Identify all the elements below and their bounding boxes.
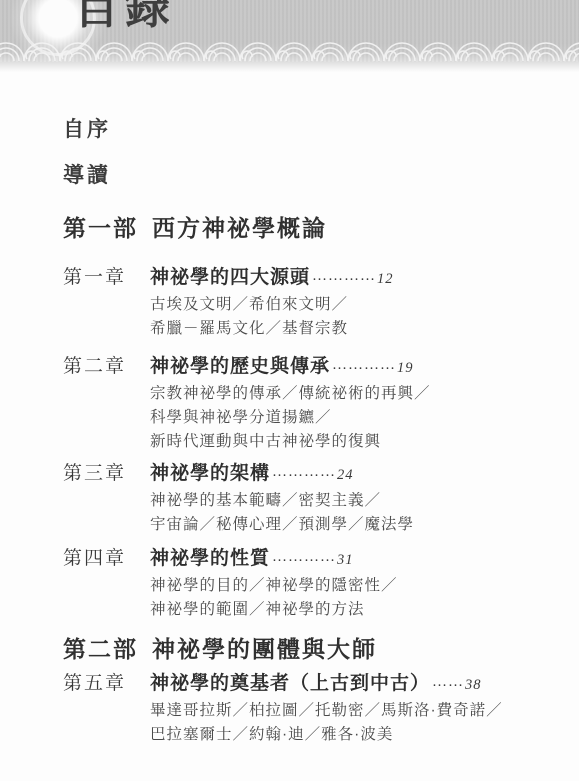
subtopic-line: 神祕學的基本範疇／密契主義／: [150, 489, 549, 513]
chapter-1-title-text: 神祕學的四大源頭: [150, 267, 310, 288]
chapter-3-subtopics: 神祕學的基本範疇／密契主義／ 宇宙論／秘傳心理／預測學／魔法學: [150, 489, 549, 537]
subtopic-line: 宇宙論／秘傳心理／預測學／魔法學: [150, 513, 549, 537]
toc-entry-introduction: 導讀: [63, 162, 549, 189]
chapter-2-title-text: 神祕學的歷史與傳承: [150, 356, 330, 377]
subtopic-line: 巴拉塞爾士／約翰·迪／雅各·波美: [150, 723, 549, 747]
chapter-1-page-number: 12: [377, 271, 394, 287]
toc-chapter-2: 第二章 神祕學的歷史與傳承…………19 宗教神祕學的傳承／傳統祕術的再興／ 科學…: [63, 353, 549, 454]
subtopic-line: 神祕學的目的／神祕學的隱密性／: [150, 574, 549, 598]
chapter-4-row: 第四章 神祕學的性質…………31: [63, 545, 549, 574]
chapter-5-number: 第五章: [63, 670, 150, 698]
chapter-1-subtopics: 古埃及文明／希伯來文明／ 希臘－羅馬文化／基督宗教: [150, 293, 549, 341]
chapter-4-title-text: 神祕學的性質: [150, 548, 270, 569]
subtopic-line: 宗教神祕學的傳承／傳統祕術的再興／: [150, 382, 549, 406]
chapter-2-row: 第二章 神祕學的歷史與傳承…………19: [63, 353, 549, 382]
chapter-5-page-number: 38: [465, 677, 482, 693]
toc-chapter-1: 第一章 神祕學的四大源頭…………12 古埃及文明／希伯來文明／ 希臘－羅馬文化／…: [63, 264, 549, 341]
page-header: 目錄: [0, 0, 579, 62]
toc-chapter-5: 第五章 神祕學的奠基者（上古到中古）……38 畢達哥拉斯／柏拉圖／托勒密／馬斯洛…: [63, 670, 549, 747]
chapter-4-number: 第四章: [63, 545, 150, 573]
chapter-5-title-text: 神祕學的奠基者（上古到中古）: [150, 673, 430, 694]
chapter-5-row: 第五章 神祕學的奠基者（上古到中古）……38: [63, 670, 549, 699]
chapter-5-dot-leader: ……: [432, 674, 464, 690]
chapter-2-number: 第二章: [63, 353, 150, 381]
toc-entry-preface: 自序: [63, 116, 549, 143]
chapter-1-dot-leader: …………: [312, 268, 376, 284]
chapter-1-title: 神祕學的四大源頭…………12: [150, 264, 394, 293]
subtopic-line: 神祕學的範圍／神祕學的方法: [150, 598, 549, 622]
chapter-3-dot-leader: …………: [272, 464, 336, 480]
chapter-1-number: 第一章: [63, 264, 150, 292]
subtopic-line: 畢達哥拉斯／柏拉圖／托勒密／馬斯洛·費奇諾／: [150, 699, 549, 723]
part-1-heading: 第一部西方神祕學概論: [63, 213, 549, 243]
table-of-contents: 自序 導讀 第一部西方神祕學概論 第一章 神祕學的四大源頭…………12 古埃及文…: [0, 62, 579, 747]
chapter-2-page-number: 19: [397, 360, 414, 376]
chapter-4-title: 神祕學的性質…………31: [150, 545, 354, 574]
chapter-3-row: 第三章 神祕學的架構…………24: [63, 460, 549, 489]
chapter-3-title: 神祕學的架構…………24: [150, 460, 354, 489]
subtopic-line: 希臘－羅馬文化／基督宗教: [150, 317, 549, 341]
page-title: 目錄: [74, 0, 176, 30]
chapter-4-subtopics: 神祕學的目的／神祕學的隱密性／ 神祕學的範圍／神祕學的方法: [150, 574, 549, 622]
part-2-number: 第二部: [63, 636, 138, 662]
subtopic-line: 科學與神祕學分道揚鑣／: [150, 406, 549, 430]
part-1-title: 西方神祕學概論: [152, 215, 327, 241]
part-2-title: 神祕學的團體與大師: [152, 636, 377, 662]
wave-border-decoration: [0, 38, 579, 62]
book-toc-page: 目錄: [0, 0, 579, 781]
part-1-number: 第一部: [63, 215, 138, 241]
chapter-1-row: 第一章 神祕學的四大源頭…………12: [63, 264, 549, 293]
chapter-2-dot-leader: …………: [332, 357, 396, 373]
chapter-3-title-text: 神祕學的架構: [150, 463, 270, 484]
chapter-4-page-number: 31: [337, 552, 354, 568]
toc-chapter-3: 第三章 神祕學的架構…………24 神祕學的基本範疇／密契主義／ 宇宙論／秘傳心理…: [63, 460, 549, 537]
chapter-3-page-number: 24: [337, 467, 354, 483]
chapter-5-title: 神祕學的奠基者（上古到中古）……38: [150, 670, 482, 699]
part-2-heading: 第二部神祕學的團體與大師: [63, 634, 549, 664]
chapter-2-subtopics: 宗教神祕學的傳承／傳統祕術的再興／ 科學與神祕學分道揚鑣／ 新時代運動與中古神祕…: [150, 382, 549, 454]
subtopic-line: 古埃及文明／希伯來文明／: [150, 293, 549, 317]
chapter-3-number: 第三章: [63, 460, 150, 488]
chapter-5-subtopics: 畢達哥拉斯／柏拉圖／托勒密／馬斯洛·費奇諾／ 巴拉塞爾士／約翰·迪／雅各·波美: [150, 699, 549, 747]
chapter-2-title: 神祕學的歷史與傳承…………19: [150, 353, 414, 382]
toc-chapter-4: 第四章 神祕學的性質…………31 神祕學的目的／神祕學的隱密性／ 神祕學的範圍／…: [63, 545, 549, 622]
chapter-4-dot-leader: …………: [272, 549, 336, 565]
subtopic-line: 新時代運動與中古神祕學的復興: [150, 430, 549, 454]
